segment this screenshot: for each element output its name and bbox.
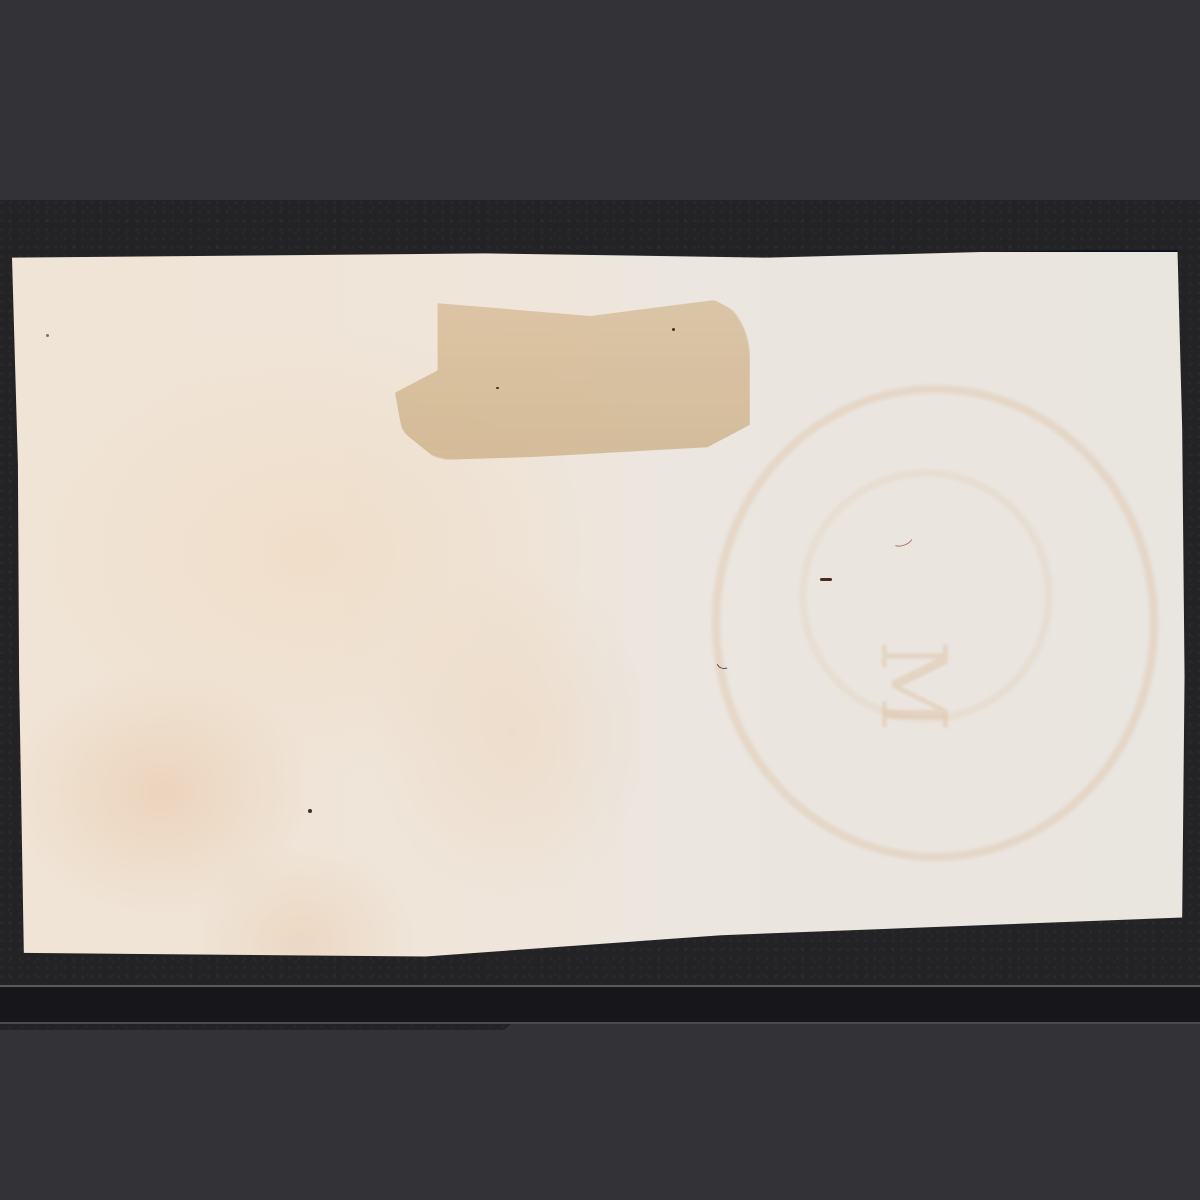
mount-strip — [0, 987, 1200, 1022]
ink-speck — [496, 387, 499, 389]
mount-strip-edge-bottom — [0, 1022, 1200, 1024]
mount-strip-edge-top — [0, 985, 1200, 987]
hinge-stain — [395, 300, 750, 460]
ink-speck — [46, 334, 49, 337]
ink-speck — [308, 809, 312, 813]
ink-speck — [672, 328, 675, 331]
ink-speck — [820, 578, 832, 581]
postmark-text: M — [860, 640, 965, 740]
photo-scene: M — [0, 0, 1200, 1200]
